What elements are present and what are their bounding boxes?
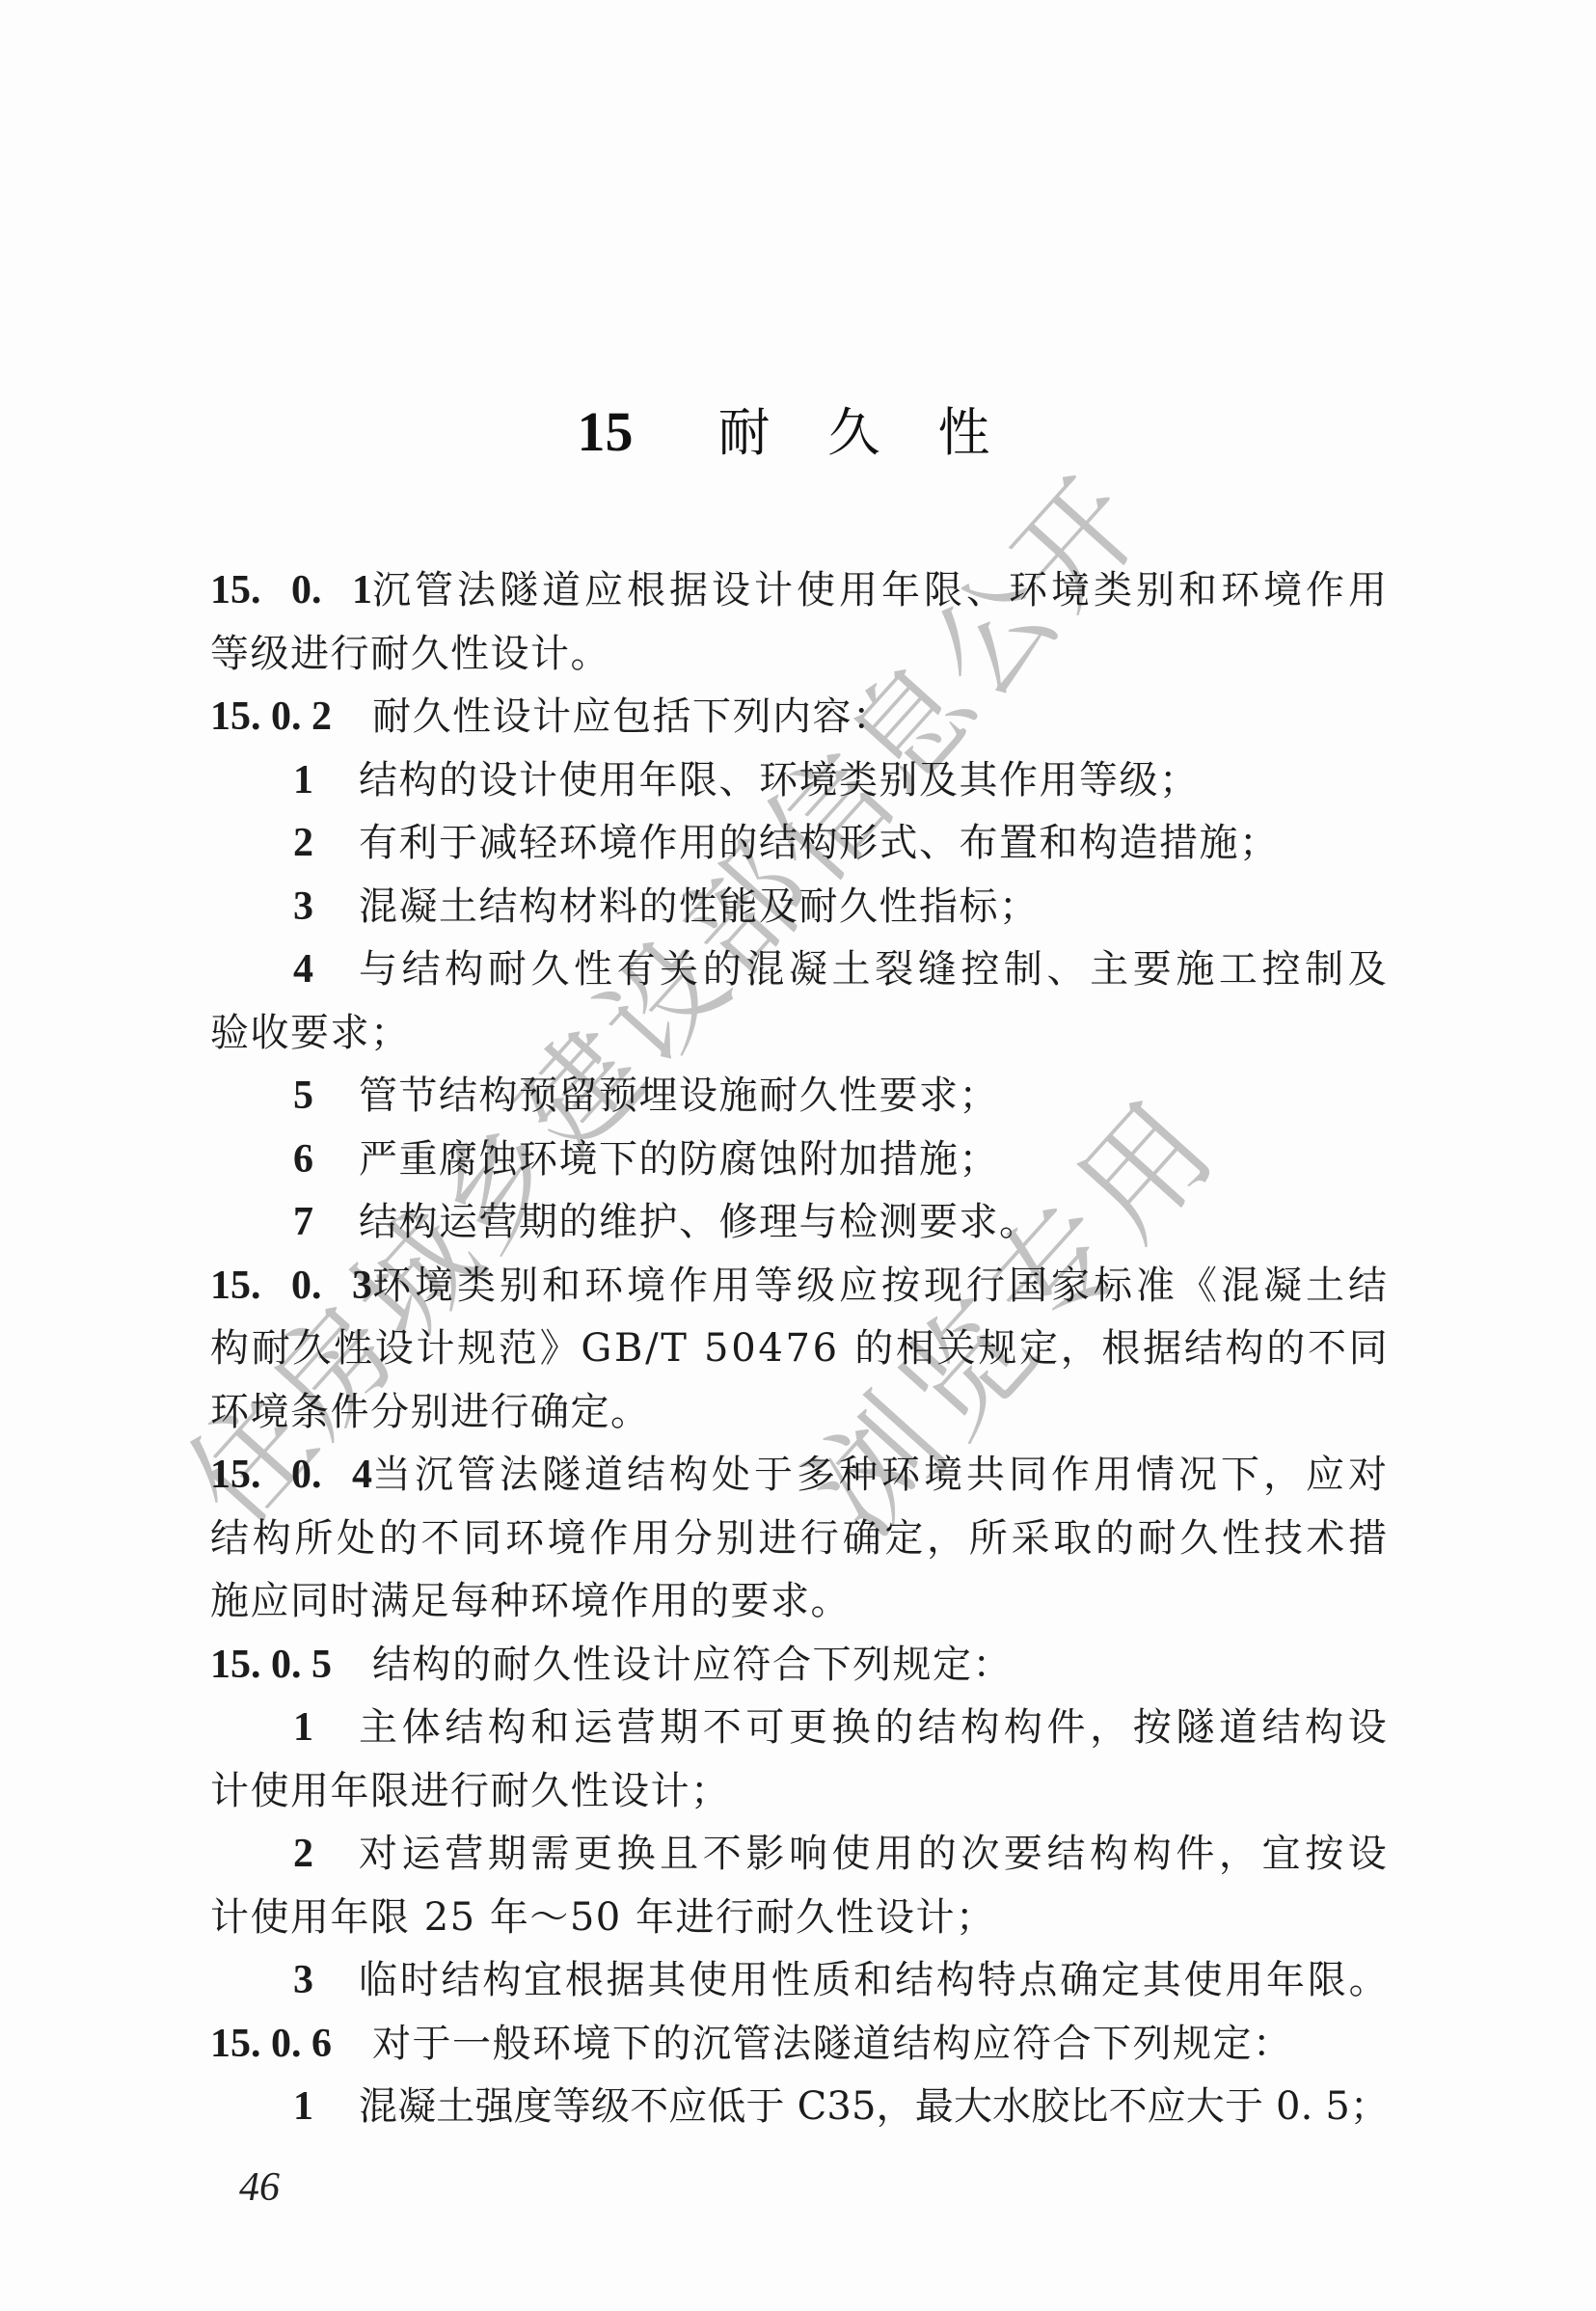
list-item-line: 3临时结构宜根据其使用性质和结构特点确定其使用年限。 <box>210 1951 1389 2009</box>
line-text: 结构运营期的维护、修理与检测要求。 <box>359 1200 1040 1244</box>
item-number: 1 <box>293 751 359 809</box>
list-item-line: 4与结构耐久性有关的混凝土裂缝控制、主要施工控制及 <box>210 940 1389 998</box>
item-number: 1 <box>293 2078 359 2135</box>
clause-line: 15. 0. 2耐久性设计应包括下列内容： <box>210 688 1389 746</box>
line-text: 有利于减轻环境作用的结构形式、布置和构造措施； <box>359 821 1280 865</box>
text-layer: 15耐久性 15. 0. 1沉管法隧道应根据设计使用年限、环境类别和环境作用等级… <box>0 0 1596 2311</box>
line-text: 结构的耐久性设计应符合下列规定： <box>372 1643 1013 1687</box>
line-text: 与结构耐久性有关的混凝土裂缝控制、主要施工控制及 <box>359 940 1389 998</box>
line-text: 严重腐蚀环境下的防腐蚀附加措施； <box>359 1137 999 1182</box>
chapter-title-char: 性 <box>938 398 990 468</box>
list-item-line: 6严重腐蚀环境下的防腐蚀附加措施； <box>210 1130 1389 1188</box>
line-text: 等级进行耐久性设计。 <box>210 632 610 676</box>
item-number: 4 <box>293 940 359 998</box>
continuation-line: 结构所处的不同环境作用分别进行确定，所采取的耐久性技术措 <box>210 1509 1389 1567</box>
item-number: 7 <box>293 1193 359 1251</box>
continuation-line: 验收要求； <box>210 1004 1389 1062</box>
line-text: 验收要求； <box>210 1011 411 1055</box>
item-number: 2 <box>293 814 359 872</box>
item-number: 1 <box>293 1699 359 1756</box>
clause-number: 15. 0. 3 <box>210 1257 372 1315</box>
chapter-number: 15 <box>578 400 634 463</box>
list-item-line: 2对运营期需更换且不影响使用的次要结构构件，宜按设 <box>210 1825 1389 1883</box>
clause-line: 15. 0. 1沉管法隧道应根据设计使用年限、环境类别和环境作用 <box>210 561 1389 619</box>
line-text: 临时结构宜根据其使用性质和结构特点确定其使用年限。 <box>359 1951 1389 2009</box>
line-text: 当沉管法隧道结构处于多种环境共同作用情况下，应对 <box>372 1446 1389 1504</box>
clause-line: 15. 0. 3环境类别和环境作用等级应按现行国家标准《混凝土结 <box>210 1257 1389 1315</box>
list-item-line: 5管节结构预留预埋设施耐久性要求； <box>210 1067 1389 1125</box>
line-text: 计使用年限进行耐久性设计； <box>210 1769 731 1813</box>
list-item-line: 1主体结构和运营期不可更换的结构构件，按隧道结构设 <box>210 1699 1389 1756</box>
continuation-line: 施应同时满足每种环境作用的要求。 <box>210 1572 1389 1630</box>
list-item-line: 1结构的设计使用年限、环境类别及其作用等级； <box>210 751 1389 809</box>
line-text: 环境条件分别进行确定。 <box>210 1390 651 1434</box>
item-number: 3 <box>293 1951 359 2009</box>
line-text: 结构所处的不同环境作用分别进行确定，所采取的耐久性技术措 <box>210 1509 1389 1567</box>
chapter-title: 15耐久性 <box>0 397 1596 468</box>
item-number: 6 <box>293 1130 359 1188</box>
line-text: 计使用年限 25 年～50 年进行耐久性设计； <box>210 1895 995 1940</box>
list-item-line: 7结构运营期的维护、修理与检测要求。 <box>210 1193 1389 1251</box>
document-page: 住房城乡建设部信息公开 浏览专用 15耐久性 15. 0. 1沉管法隧道应根据设… <box>0 0 1596 2311</box>
clause-number: 15. 0. 1 <box>210 561 372 619</box>
clause-number: 15. 0. 5 <box>210 1636 372 1694</box>
line-text: 主体结构和运营期不可更换的结构构件，按隧道结构设 <box>359 1699 1389 1756</box>
list-item-line: 1混凝土强度等级不应低于 C35，最大水胶比不应大于 0. 5； <box>210 2078 1389 2135</box>
item-number: 3 <box>293 878 359 936</box>
line-text: 结构的设计使用年限、环境类别及其作用等级； <box>359 758 1200 802</box>
line-text: 管节结构预留预埋设施耐久性要求； <box>359 1074 999 1118</box>
continuation-line: 环境条件分别进行确定。 <box>210 1383 1389 1441</box>
continuation-line: 等级进行耐久性设计。 <box>210 625 1389 683</box>
clause-line: 15. 0. 5结构的耐久性设计应符合下列规定： <box>210 1636 1389 1694</box>
line-text: 耐久性设计应包括下列内容： <box>372 694 893 739</box>
continuation-line: 计使用年限进行耐久性设计； <box>210 1762 1389 1820</box>
continuation-line: 计使用年限 25 年～50 年进行耐久性设计； <box>210 1889 1389 1946</box>
line-text: 环境类别和环境作用等级应按现行国家标准《混凝土结 <box>372 1257 1389 1315</box>
line-text: 施应同时满足每种环境作用的要求。 <box>210 1579 851 1623</box>
item-number: 5 <box>293 1067 359 1125</box>
item-number: 2 <box>293 1825 359 1883</box>
clause-number: 15. 0. 6 <box>210 2015 372 2073</box>
list-item-line: 2有利于减轻环境作用的结构形式、布置和构造措施； <box>210 814 1389 872</box>
list-item-line: 3混凝土结构材料的性能及耐久性指标； <box>210 878 1389 936</box>
page-number: 46 <box>239 2164 280 2211</box>
clause-line: 15. 0. 6对于一般环境下的沉管法隧道结构应符合下列规定： <box>210 2015 1389 2073</box>
line-text: 沉管法隧道应根据设计使用年限、环境类别和环境作用 <box>372 561 1389 619</box>
chapter-title-char: 耐 <box>718 398 771 468</box>
line-text: 混凝土结构材料的性能及耐久性指标； <box>359 884 1040 929</box>
clause-number: 15. 0. 2 <box>210 688 372 746</box>
line-text: 构耐久性设计规范》GB/T 50476 的相关规定，根据结构的不同 <box>210 1319 1389 1377</box>
continuation-line: 构耐久性设计规范》GB/T 50476 的相关规定，根据结构的不同 <box>210 1319 1389 1377</box>
chapter-title-char: 久 <box>828 398 880 468</box>
line-text: 对运营期需更换且不影响使用的次要结构构件，宜按设 <box>359 1825 1389 1883</box>
line-text: 对于一般环境下的沉管法隧道结构应符合下列规定： <box>372 2022 1293 2066</box>
clause-line: 15. 0. 4当沉管法隧道结构处于多种环境共同作用情况下，应对 <box>210 1446 1389 1504</box>
clause-number: 15. 0. 4 <box>210 1446 372 1504</box>
line-text: 混凝土强度等级不应低于 C35，最大水胶比不应大于 0. 5； <box>359 2078 1389 2135</box>
